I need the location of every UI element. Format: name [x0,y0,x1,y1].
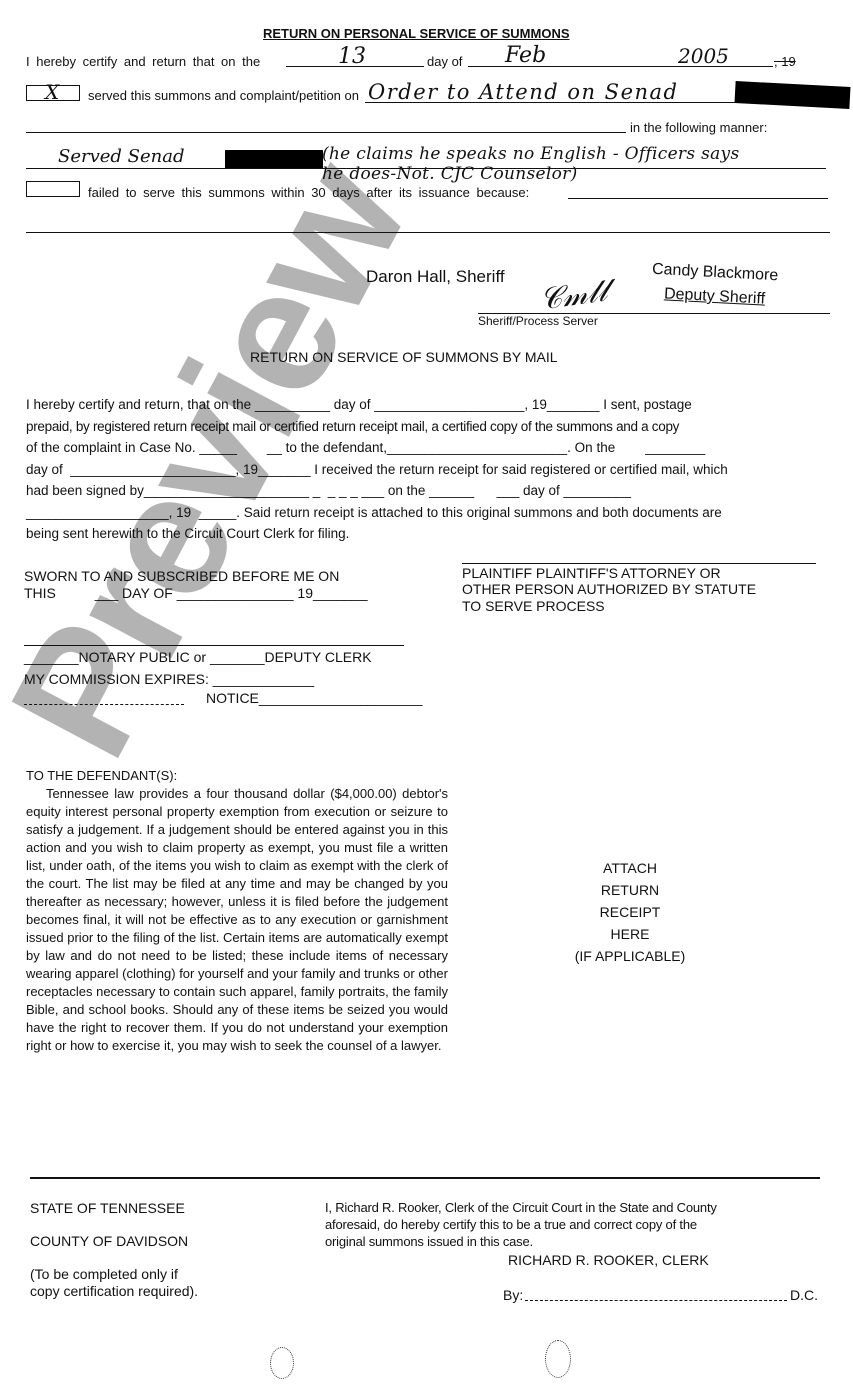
dc-label: D.C. [790,1287,818,1303]
mail-service-title: RETURN ON SERVICE OF SUMMONS BY MAIL [250,349,558,365]
section-divider [30,1177,820,1179]
by-label: By: [503,1287,523,1303]
manner-note-line2[interactable]: he does-Not. CJC Counselor) [322,164,578,184]
year-value[interactable]: 2005 [678,44,729,68]
instruction-line2: copy certification required). [30,1283,198,1299]
attach-receipt-instructions: ATTACH RETURN RECEIPT HERE (IF APPLICABL… [560,857,700,967]
defendant-notice: TO THE DEFENDANT(S): Tennessee law provi… [26,767,448,1055]
year-suffix: , 19 [774,54,796,69]
manner-line-1 [26,132,626,133]
month-value[interactable]: Feb [505,43,546,68]
notary-line: _______NOTARY PUBLIC or _______DEPUTY CL… [24,649,372,665]
mail-line: of the complaint in Case No. _____ __ to… [26,437,816,459]
notice-body: Tennessee law provides a four thousand d… [26,785,448,1055]
failed-reason-line-2 [26,232,830,233]
sworn-line1: SWORN TO AND SUBSCRIBED BEFORE ME ON [24,568,339,584]
manner-value[interactable]: Served Senad [58,146,184,167]
attach-line: ATTACH [560,857,700,879]
cert-text-line3: original summons issued in this case. [325,1234,533,1249]
notice-dash-line [24,704,184,705]
scan-artifact [545,1340,571,1378]
redaction-block [735,81,851,109]
notice-line: NOTICE_____________________ [206,690,422,706]
failed-label: failed to serve this summons within 30 d… [88,185,529,200]
certify-prefix: I hereby certify and return that on the [26,54,260,69]
personal-service-title: RETURN ON PERSONAL SERVICE OF SUMMONS [263,26,570,41]
clerk-name: RICHARD R. ROOKER, CLERK [508,1252,709,1268]
redaction-block [225,150,323,168]
mail-line: ___________________, 19 _____. Said retu… [26,502,816,524]
plaintiff-signature-line [462,563,816,564]
mail-service-body: I hereby certify and return, that on the… [26,394,816,545]
day-value[interactable]: 13 [338,44,366,69]
sheriff-name: Daron Hall, Sheriff [366,267,505,287]
signature: 𝒞𝓂𝓁𝓁 [538,273,609,317]
deputy-title: Deputy Sheriff [664,285,766,308]
day-of-label: day of [427,54,462,69]
deputy-name: Candy Blackmore [652,261,779,286]
served-checkbox[interactable]: X [26,85,80,101]
mail-line: day of ______________________, 19_______… [26,459,816,481]
cert-text-line2: aforesaid, do hereby certify this to be … [325,1217,697,1232]
commission-line: MY COMMISSION EXPIRES: _____________ [24,671,314,687]
mail-line: prepaid, by registered return receipt ma… [26,416,816,438]
manner-note-line1[interactable]: (he claims he speaks no English - Office… [322,144,739,164]
mail-line: I hereby certify and return, that on the… [26,394,816,416]
failed-checkbox[interactable] [26,181,80,197]
plaintiff-line1: PLAINTIFF PLAINTIFF'S ATTORNEY OR [462,565,721,581]
plaintiff-line2: OTHER PERSON AUTHORIZED BY STATUTE [462,581,756,597]
instruction-line1: (To be completed only if [30,1266,178,1282]
attach-line: RECEIPT [560,901,700,923]
served-label: served this summons and complaint/petiti… [88,88,359,103]
manner-label: in the following manner: [630,120,767,135]
failed-reason-line [568,198,828,199]
plaintiff-line3: TO SERVE PROCESS [462,598,605,614]
clerk-signature-line[interactable] [525,1300,787,1301]
signer-label: Sheriff/Process Server [478,314,598,328]
notice-heading: TO THE DEFENDANT(S): [26,767,448,785]
attach-line: HERE [560,923,700,945]
attach-line: (IF APPLICABLE) [560,945,700,967]
state-label: STATE OF TENNESSEE [30,1200,185,1216]
mail-line: being sent herewith to the Circuit Court… [26,523,816,545]
cert-text-line1: I, Richard R. Rooker, Clerk of the Circu… [325,1200,717,1215]
served-on-value[interactable]: Order to Attend on Senad [368,80,679,104]
mail-line: had been signed by______________________… [26,480,816,502]
sworn-line2: THIS ___ DAY OF _______________ 19______… [24,585,368,601]
attach-line: RETURN [560,879,700,901]
county-label: COUNTY OF DAVIDSON [30,1233,188,1249]
scan-artifact [270,1347,294,1379]
notary-signature-line [24,645,404,646]
check-mark-icon: X [45,80,59,104]
